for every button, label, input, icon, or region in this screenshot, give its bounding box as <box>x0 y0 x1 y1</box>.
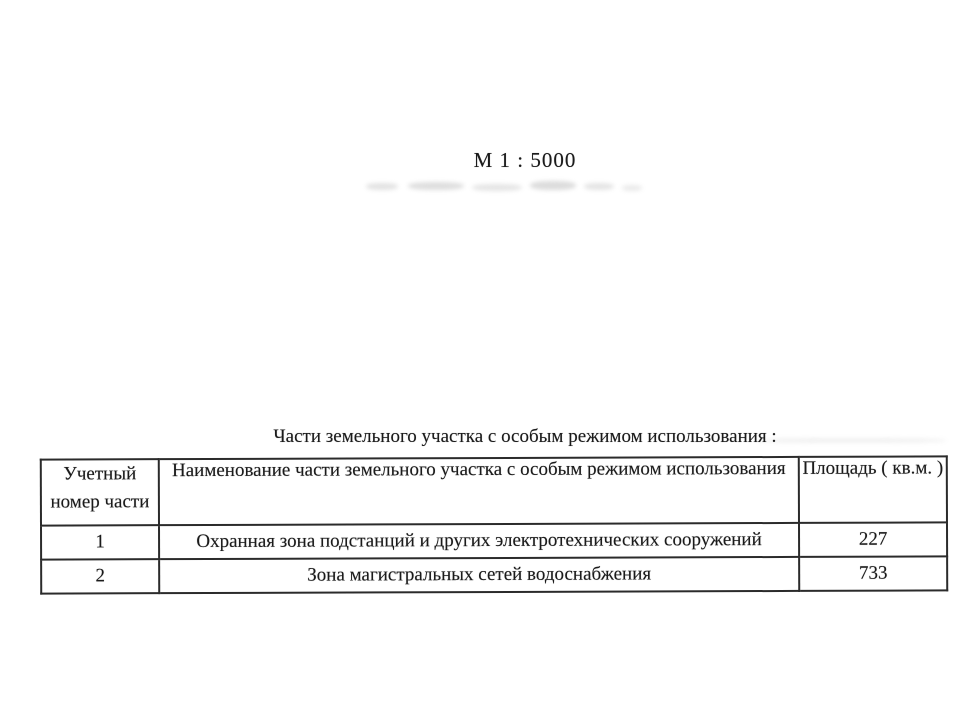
map-scale-label: М 1 : 5000 <box>474 148 577 173</box>
table-row: 1 Охранная зона подстанций и других элек… <box>41 522 947 559</box>
header-cell-part-name: Наименование части земельного участка с … <box>159 457 799 525</box>
table-header-row: Учетный номер части Наименование части з… <box>41 456 947 525</box>
scan-smudge <box>622 185 642 191</box>
cell-part-number: 2 <box>41 559 159 593</box>
cell-part-number: 1 <box>41 525 159 559</box>
header-cell-account-number: Учетный номер части <box>41 459 159 525</box>
scanned-document-page: М 1 : 5000 Части земельного участка с ос… <box>0 0 960 720</box>
scan-smudge <box>408 182 464 190</box>
header-account-number-line2: номер части <box>42 488 158 516</box>
special-use-parts-table: Учетный номер части Наименование части з… <box>40 455 948 594</box>
table-title: Части земельного участка с особым режимо… <box>273 426 776 448</box>
scan-smudge <box>366 183 398 190</box>
cell-part-name: Охранная зона подстанций и других электр… <box>159 523 799 559</box>
header-cell-area: Площадь ( кв.м. ) <box>799 456 947 523</box>
scan-smudge <box>530 181 576 190</box>
cell-part-area: 227 <box>799 522 947 557</box>
scan-smudge <box>756 438 946 443</box>
cell-part-name: Зона магистральных сетей водоснабжения <box>159 557 799 593</box>
scan-smudge <box>584 183 614 190</box>
scan-smudge <box>472 184 522 191</box>
header-account-number-line1: Учетный <box>42 460 158 488</box>
table-row: 2 Зона магистральных сетей водоснабжения… <box>41 556 947 593</box>
cell-part-area: 733 <box>799 556 947 591</box>
